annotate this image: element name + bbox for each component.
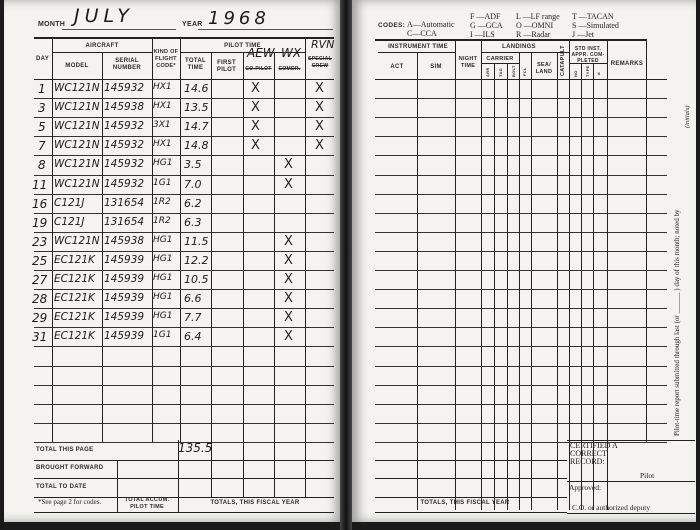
flight-code: HG1 [153,273,172,283]
col-day: DAY [36,56,49,63]
column-line [102,52,103,442]
flight-model: EC121K [54,292,95,304]
totals-fiscal-left-label: TOTALS, THIS FISCAL YEAR [180,500,330,507]
flight-code: 3X1 [153,120,171,130]
grid-line [375,79,667,80]
grid-line [481,52,569,53]
flight-model: C121J [54,197,84,209]
flight-total-time: 11.5 [184,235,209,248]
flight-serial: 145938 [104,101,144,113]
col-std-inst: STD INST. APPR. COM- PLETED [569,46,607,64]
flight-total-time: 6.3 [184,216,202,229]
flight-day: 28 [32,292,47,306]
col-kind: KIND OF FLIGHT CODE* [153,49,179,70]
footer-line [34,478,334,479]
flight-serial: 145932 [104,120,144,132]
flight-model: WC121N [54,139,100,151]
footer-col-line [274,440,275,497]
flight-day: 3 [38,101,46,115]
total-accum-label: TOTAL ACCUM. PILOT TIME [118,497,176,511]
col-copilot-printed: CO-PILOT [243,66,274,73]
flight-serial: 145939 [104,254,144,266]
flight-code: HG1 [153,292,172,302]
flight-day: 29 [32,311,47,325]
col-type: TYPE [584,65,591,77]
col-special-crew-printed: SPECIAL CREW [306,56,334,70]
col-s: S [594,70,604,77]
column-line [305,38,306,442]
flight-total-time: 14.8 [184,139,209,152]
col-act: ACT [378,64,416,71]
row-line [34,346,334,347]
column-line [52,38,53,442]
wx-crew-mark: X [284,291,293,306]
flight-code: 1R2 [153,197,171,207]
footer-col-line [243,440,244,497]
column-line [531,52,532,510]
certified-record-label: CERTIFIED A CORRECT RECORD: [570,442,640,466]
rvn-crew-mark: X [315,81,324,96]
flight-day: 7 [38,139,46,153]
row-line [375,194,667,195]
col-catapult: CATAPULT [560,45,567,76]
flight-day: 31 [32,330,47,344]
row-line [34,308,334,309]
row-line [375,346,667,347]
row-line [34,98,334,99]
row-line [34,175,334,176]
flight-serial: 145939 [104,330,144,342]
row-line [34,289,334,290]
row-line [34,366,334,367]
col-tag: TAG [497,68,504,77]
code-f: F —ADF [470,12,503,21]
grid-line [34,79,334,80]
column-line [557,52,558,510]
total-this-page-label: TOTAL THIS PAGE [36,447,93,454]
total-this-page-value: 135.5 [178,441,212,455]
month-underline [62,29,176,30]
flight-serial: 145939 [104,292,144,304]
flight-serial: 145938 [104,235,144,247]
flight-code: 1R2 [153,216,171,226]
flight-serial: 145932 [104,82,144,94]
code-c: C—CCA [407,29,455,38]
row-line [375,136,667,137]
col-arr: ARR [484,67,491,77]
flight-model: C121J [54,216,84,228]
aew-crew-mark: X [251,100,260,115]
col-fcl: FCL [521,67,528,76]
col-wx-handwritten: WX [281,46,301,60]
flight-model: EC121K [54,254,95,266]
row-line [34,385,334,386]
col-night-time: NIGHT TIME [455,56,481,70]
flight-code: HX1 [153,101,172,111]
flight-day: 11 [32,178,47,192]
rvn-crew-mark: X [315,100,324,115]
aew-crew-mark: X [251,81,260,96]
col-first-pilot: FIRST PILOT [211,60,242,74]
flight-code: 1G1 [153,178,171,188]
column-line [243,52,244,442]
month-value: JULY [74,5,134,27]
flight-code: 1G1 [153,330,171,340]
flight-model: WC121N [54,158,100,170]
flight-total-time: 7.0 [184,178,202,191]
month-label: MONTH [38,21,65,28]
row-line [375,98,667,99]
row-line [34,155,334,156]
row-line [375,213,667,214]
codes-col3: L —LF range O —OMNI R —Radar [516,12,560,39]
footer-line [375,460,567,461]
wx-crew-mark: X [284,272,293,287]
col-model: MODEL [52,63,102,70]
footer-bottom-line [375,512,567,513]
col-comdr-printed: COMDR. [274,66,305,73]
col-serial: SERIAL NUMBER [102,58,152,72]
column-line [494,63,495,510]
flight-total-time: 10.5 [184,273,209,286]
row-line [34,251,334,252]
initials-label: (initials) [684,106,691,128]
column-line [180,38,181,442]
col-bolt: BOLT [510,65,517,77]
flight-model: WC121N [54,178,100,190]
flight-total-time: 7.7 [184,311,202,324]
column-line [455,40,456,510]
flight-serial: 145939 [104,273,144,285]
flight-serial: 145932 [104,158,144,170]
row-line [34,327,334,328]
total-to-date-label: TOTAL TO DATE [36,484,87,491]
code-r: R —Radar [516,30,560,39]
flight-model: WC121N [54,101,100,113]
flight-code: HG1 [153,235,172,245]
brought-forward-label: BROUGHT FORWARD [36,465,103,472]
row-line [375,289,667,290]
wx-crew-mark: X [284,329,293,344]
flight-serial: 145932 [104,139,144,151]
row-line [375,423,667,424]
code-s: S —Simulated [572,21,619,30]
pilot-signature-label: Pilot [640,471,654,480]
row-line [34,136,334,137]
code-t: T —TACAN [572,12,619,21]
wx-crew-mark: X [284,253,293,268]
flight-total-time: 14.7 [184,120,209,133]
column-line [211,52,212,442]
row-line [375,308,667,309]
grid-line [481,63,519,64]
flight-total-time: 3.5 [184,158,202,171]
footer-line [375,497,567,498]
row-line [375,385,667,386]
col-landings: LANDINGS [481,44,557,51]
code-o: O —OMNI [516,21,560,30]
col-carrier: CARRIER [481,56,519,63]
row-line [34,232,334,233]
flight-model: EC121K [54,330,95,342]
col-rvn-handwritten: RVN [311,38,334,51]
flight-total-time: 12.2 [184,254,209,267]
flight-model: EC121K [54,311,95,323]
see-codes-note: *See page 2 for codes. [38,498,101,506]
column-line [417,52,418,510]
grid-line [34,38,334,39]
flight-model: WC121N [54,235,100,247]
wx-crew-mark: X [284,177,293,192]
flight-total-time: 6.2 [184,197,202,210]
row-line [34,213,334,214]
col-sea-land: SEA/ LAND [531,62,557,76]
codes-col2: F —ADF G —GCA I —ILS [470,12,503,39]
flight-code: HG1 [153,254,172,264]
row-line [34,270,334,271]
flight-code: HX1 [153,82,172,92]
remarks-right-line [646,40,647,442]
flight-code: HX1 [153,139,172,149]
wx-crew-mark: X [284,157,293,172]
row-line [34,117,334,118]
flight-day: 8 [38,158,46,172]
code-l: L —LF range [516,12,560,21]
book-gutter [340,0,352,530]
codes-col4: T —TACAN S —Simulated J —Jet [572,12,619,39]
column-line [274,52,275,442]
co-deputy-label: C.O. or authorized deputy [572,503,650,512]
row-line [375,175,667,176]
column-line [481,40,482,510]
row-line [375,366,667,367]
column-line [519,52,520,510]
flight-day: 25 [32,254,47,268]
flight-serial: 145939 [104,311,144,323]
co-signature-line [567,513,695,514]
row-line [375,404,667,405]
pilot-signature-line [567,481,695,482]
row-line [34,404,334,405]
rvn-crew-mark: X [315,138,324,153]
code-i: I —ILS [470,30,503,39]
year-underline [198,29,333,30]
flight-serial: 145932 [104,178,144,190]
flight-day: 5 [38,120,46,134]
totals-fiscal-right-label: TOTALS, THIS FISCAL YEAR [400,500,530,507]
row-line [375,251,667,252]
rvn-crew-mark: X [315,119,324,134]
col-no: NO [572,70,579,77]
approved-label: Approved: [569,483,601,492]
flight-day: 23 [32,235,47,249]
col-aircraft: AIRCRAFT [52,43,152,50]
col-total-time: TOTAL TIME [180,58,211,72]
flight-day: 16 [32,197,47,211]
flight-day: 19 [32,216,47,230]
aew-crew-mark: X [251,138,260,153]
flight-day: 27 [32,273,47,287]
row-line [34,194,334,195]
flight-total-time: 6.6 [184,292,202,305]
col-remarks: REMARKS [607,61,647,68]
col-sim: SIM [417,64,455,71]
row-line [34,423,334,424]
flight-code: HG1 [153,158,172,168]
flight-total-time: 6.4 [184,330,202,343]
year-value: 1968 [208,8,270,29]
flight-day: 1 [38,82,46,96]
flight-total-time: 14.6 [184,82,209,95]
footer-col-line [305,440,306,497]
aew-crew-mark: X [251,119,260,134]
row-line [375,117,667,118]
col-aew-handwritten: AEW [247,46,275,60]
codes-label: CODES: [378,22,405,29]
codes-col1: A—Automatic C—CCA [407,20,455,38]
row-line [375,155,667,156]
row-line [375,270,667,271]
footer-line [34,460,334,461]
flight-model: WC121N [54,82,100,94]
flight-serial: 131654 [104,216,144,228]
code-a: A—Automatic [407,20,455,29]
flight-model: EC121K [54,273,95,285]
row-line [375,327,667,328]
flight-model: WC121N [54,120,100,132]
row-line [375,232,667,233]
flight-total-time: 13.5 [184,101,209,114]
year-label: YEAR [182,21,203,28]
col-instrument-time: INSTRUMENT TIME [378,44,458,51]
flight-code: HG1 [153,311,172,321]
code-j: J —Jet [572,30,619,39]
wx-crew-mark: X [284,234,293,249]
pilot-time-report-note: Pilot-time report submitted through last… [673,209,681,436]
column-line [507,63,508,510]
wx-crew-mark: X [284,310,293,325]
code-g: G —GCA [470,21,503,30]
footer-bottom-line [34,512,334,513]
footer-line [375,478,567,479]
flight-serial: 131654 [104,197,144,209]
